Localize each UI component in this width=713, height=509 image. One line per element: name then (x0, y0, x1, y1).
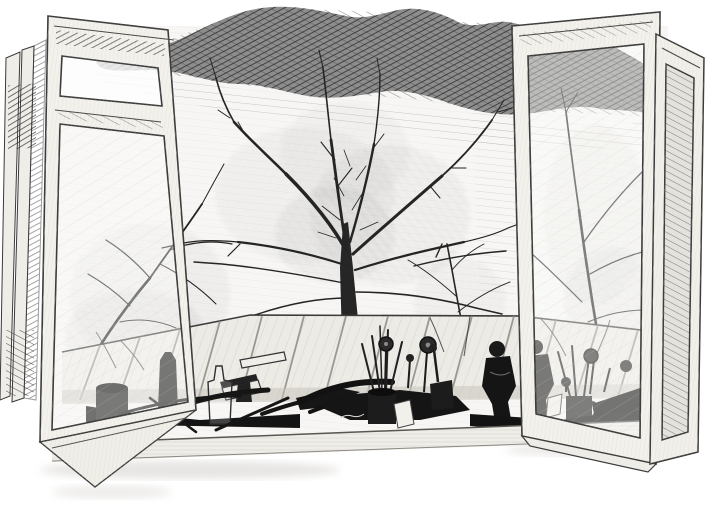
artwork-drawing: Open window with bare winter trees and a… (0, 0, 713, 509)
left-casement (40, 16, 196, 487)
cast-shadow-sash (52, 485, 172, 499)
secondary-right-leaf (650, 34, 704, 464)
secondary-left-leaf (0, 40, 46, 402)
white-card (394, 400, 414, 428)
round-headed-tool (406, 354, 414, 362)
right-casement (512, 12, 660, 472)
window-drawing-canvas: Open window with bare winter trees and a… (0, 0, 713, 509)
